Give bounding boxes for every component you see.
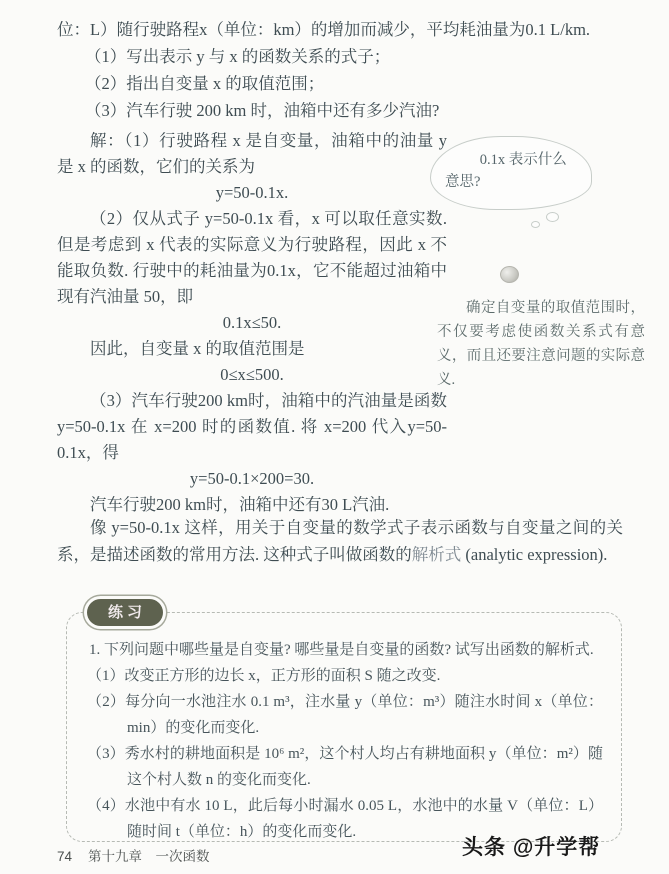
solution-block: 解：（1）行驶路程 x 是自变量，油箱中的油量 y 是 x 的函数，它们的关系为… bbox=[57, 128, 447, 518]
problem-item-3: （3）汽车行驶 200 km 时，油箱中还有多少汽油? bbox=[57, 97, 623, 124]
solution-formula-4: y=50-0.1×200=30. bbox=[57, 466, 447, 492]
term-analytic-expression: 解析式 bbox=[412, 545, 462, 564]
solution-para-4: （3）汽车行驶200 km时，油箱中的汽油量是函数y=50-0.1x 在 x=2… bbox=[57, 388, 447, 466]
solution-formula-3: 0≤x≤500. bbox=[57, 362, 447, 388]
solution-formula-1: y=50-0.1x. bbox=[57, 180, 447, 206]
solution-para-2: （2）仅从式子 y=50-0.1x 看，x 可以取任意实数. 但是考虑到 x 代… bbox=[57, 206, 447, 310]
definition-paragraph: 像 y=50-0.1x 这样，用关于自变量的数学式子表示函数与自变量之间的关系，… bbox=[57, 514, 623, 568]
solution-formula-2: 0.1x≤50. bbox=[57, 310, 447, 336]
solution-para-3: 因此，自变量 x 的取值范围是 bbox=[57, 336, 447, 362]
thought-bubble: 0.1x 表示什么意思? bbox=[430, 136, 592, 210]
margin-note: 确定自变量的取值范围时，不仅要考虑使函数关系式有意义，而且还要注意问题的实际意义… bbox=[437, 296, 645, 392]
problem-item-2: （2）指出自变量 x 的取值范围； bbox=[57, 70, 623, 97]
watermark: 头条 @升学帮 bbox=[462, 831, 600, 861]
practice-box: 练习 1. 下列问题中哪些量是自变量? 哪些量是自变量的函数? 试写出函数的解析… bbox=[66, 612, 622, 842]
problem-line: 位：L）随行驶路程x（单位：km）的增加而减少，平均耗油量为0.1 L/km. bbox=[57, 16, 623, 43]
practice-badge: 练习 bbox=[87, 599, 163, 626]
thought-bubble-text: 0.1x 表示什么意思? bbox=[445, 149, 577, 193]
practice-subitem-1: （1）改变正方形的边长 x，正方形的面积 S 随之改变. bbox=[87, 663, 603, 689]
paper-ball-icon bbox=[500, 266, 519, 283]
practice-subitem-2: （2）每分向一水池注水 0.1 m³，注水量 y（单位：m³）随注水时间 x（单… bbox=[87, 689, 603, 741]
thought-bubble-tail-icon bbox=[546, 212, 559, 222]
thought-bubble-tail-icon bbox=[531, 221, 540, 228]
practice-question-1: 1. 下列问题中哪些量是自变量? 哪些量是自变量的函数? 试写出函数的解析式. bbox=[89, 637, 603, 663]
page-number: 74 bbox=[57, 849, 72, 864]
definition-after: (analytic expression). bbox=[461, 545, 607, 564]
problem-intro: 位：L）随行驶路程x（单位：km）的增加而减少，平均耗油量为0.1 L/km. … bbox=[57, 16, 623, 124]
definition-text: 像 y=50-0.1x 这样，用关于自变量的数学式子表示函数与自变量之间的关系，… bbox=[57, 514, 623, 568]
practice-subitem-3: （3）秀水村的耕地面积是 10⁶ m²，这个村人均占有耕地面积 y（单位：m²）… bbox=[87, 741, 603, 793]
textbook-page: 位：L）随行驶路程x（单位：km）的增加而减少，平均耗油量为0.1 L/km. … bbox=[0, 0, 669, 874]
solution-para-1: 解：（1）行驶路程 x 是自变量，油箱中的油量 y 是 x 的函数，它们的关系为 bbox=[57, 128, 447, 180]
page-footer: 74第十九章 一次函数 bbox=[57, 845, 210, 865]
problem-item-1: （1）写出表示 y 与 x 的函数关系的式子； bbox=[57, 43, 623, 70]
margin-note-text: 确定自变量的取值范围时，不仅要考虑使函数关系式有意义，而且还要注意问题的实际意义… bbox=[437, 296, 645, 392]
chapter-title: 第十九章 一次函数 bbox=[88, 849, 210, 864]
